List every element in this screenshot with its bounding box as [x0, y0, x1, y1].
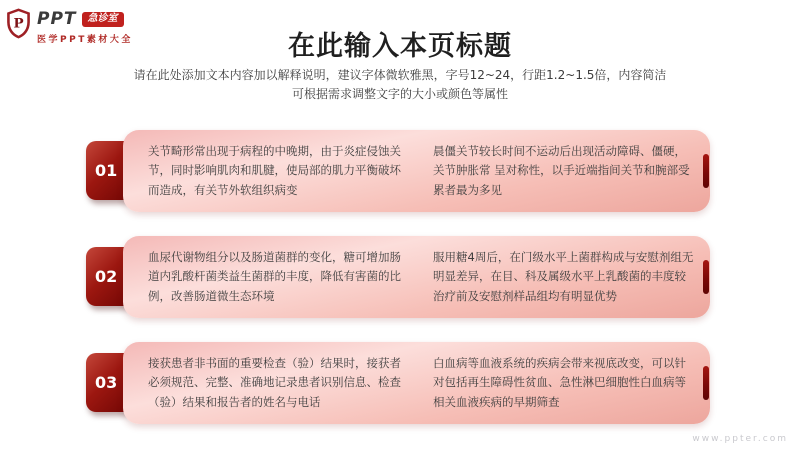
panel-1-right-text: 晨僵关节较长时间不运动后出现活动障碍、僵硬，关节肿胀常 呈对称性，以手近端指间关… — [433, 142, 694, 201]
watermark-url: www.ppter.com — [692, 434, 788, 444]
content-panel-1: 关节畸形常出现于病程的中晚期，由于炎症侵蚀关节，同时影响肌肉和肌腱，使局部的肌力… — [123, 130, 710, 212]
panel-2-right-text: 服用糖4周后，在门级水平上菌群构成与安慰剂组无明显差异，在目、科及属级水平上乳酸… — [433, 248, 694, 307]
panel-3-left-text: 接获患者非书面的重要检查（验）结果时，接获者必须规范、完整、准确地记录患者识别信… — [148, 354, 408, 413]
subtitle-line-2: 可根据需求调整文字的大小或颜色等属性 — [0, 85, 800, 104]
panel-2-left-text: 血尿代谢物组分以及肠道菌群的变化，糖可增加肠道内乳酸杆菌类益生菌群的丰度，降低有… — [148, 248, 408, 307]
panel-1-accent-bar — [703, 154, 709, 188]
content-panel-2: 血尿代谢物组分以及肠道菌群的变化，糖可增加肠道内乳酸杆菌类益生菌群的丰度，降低有… — [123, 236, 710, 318]
panel-3-accent-bar — [703, 366, 709, 400]
panel-1-left-text: 关节畸形常出现于病程的中晚期，由于炎症侵蚀关节，同时影响肌肉和肌腱，使局部的肌力… — [148, 142, 408, 201]
content-row-2: 02 血尿代谢物组分以及肠道菌群的变化，糖可增加肠道内乳酸杆菌类益生菌群的丰度，… — [0, 236, 800, 318]
content-panel-3: 接获患者非书面的重要检查（验）结果时，接获者必须规范、完整、准确地记录患者识别信… — [123, 342, 710, 424]
content-row-1: 01 关节畸形常出现于病程的中晚期，由于炎症侵蚀关节，同时影响肌肉和肌腱，使局部… — [0, 130, 800, 212]
panel-2-accent-bar — [703, 260, 709, 294]
content-row-3: 03 接获患者非书面的重要检查（验）结果时，接获者必须规范、完整、准确地记录患者… — [0, 342, 800, 424]
page-title: 在此输入本页标题 — [0, 24, 800, 63]
page-subtitle: 请在此处添加文本内容加以解释说明，建议字体微软雅黑，字号12~24，行距1.2~… — [0, 66, 800, 104]
subtitle-line-1: 请在此处添加文本内容加以解释说明，建议字体微软雅黑，字号12~24，行距1.2~… — [0, 66, 800, 85]
panel-3-right-text: 白血病等血液系统的疾病会带来视底改变，可以针对包括再生障碍性贫血、急性淋巴细胞性… — [433, 354, 694, 413]
